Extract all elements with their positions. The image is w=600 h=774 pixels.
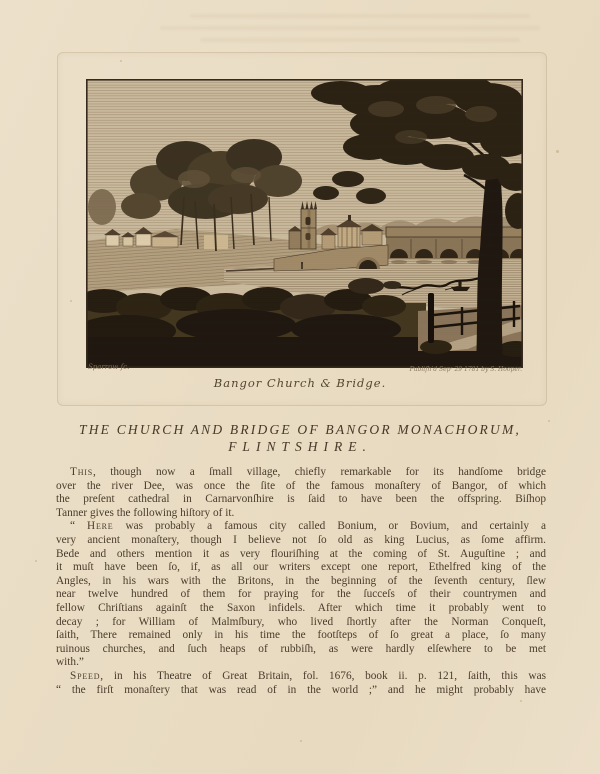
- text-line: fellow Chriſtians againſt the Saxon infi…: [56, 602, 546, 616]
- paper-speck: [520, 700, 522, 702]
- quote-mark: “: [70, 520, 87, 532]
- text-line: Tanner gives the following hiſtory of it…: [56, 507, 546, 521]
- engraving-texture: [86, 79, 523, 368]
- text-line: ruinous churches, and ſuch heaps of rubb…: [56, 643, 546, 657]
- text-run: , in his Theatre of Great Britain, fol. …: [100, 670, 546, 682]
- engraving-caption: Bangor Church & Bridge.: [0, 376, 600, 390]
- text-line: This, though now a ſmall village, chiefl…: [56, 466, 546, 480]
- text-line: “ the firſt monaſtery that was read of i…: [56, 684, 546, 698]
- paragraph-lead-word: Here: [87, 520, 113, 532]
- text-line: Angles, in his wars with the Britons, in…: [56, 575, 546, 589]
- paragraph-lead-word: This: [70, 466, 93, 478]
- page-showthrough: [200, 38, 520, 42]
- paper-speck: [556, 150, 559, 153]
- body-text: This, though now a ſmall village, chiefl…: [56, 466, 546, 697]
- engraving: [86, 79, 523, 368]
- paper-speck: [300, 740, 302, 742]
- text-line: it muſt have been ſo, if, as all our wri…: [56, 561, 546, 575]
- text-run: , though now a ſmall village, chiefly re…: [93, 466, 546, 478]
- text-line: with.”: [56, 656, 546, 670]
- text-line: near twelve hundred of them for praying …: [56, 588, 546, 602]
- text-line: over the river Dee, was once the ſite of…: [56, 480, 546, 494]
- text-line: ſaith, There remained only in his time t…: [56, 629, 546, 643]
- page-showthrough: [160, 26, 540, 30]
- publisher-imprint: Publiſh’d Sepʳ 29 1781 by S. Hooper.: [410, 366, 522, 373]
- text-run: was probably a famous city called Bonium…: [113, 520, 546, 532]
- engraver-credit: Sparrow ſc.: [88, 363, 129, 371]
- paragraph-lead-word: Speed: [70, 670, 100, 682]
- text-line: “ Here was probably a famous city called…: [56, 520, 546, 534]
- text-line: Bede and others mention it as very flour…: [56, 548, 546, 562]
- article-title: THE CHURCH AND BRIDGE OF BANGOR MONACHOR…: [0, 422, 600, 455]
- text-line: very ancient monaſtery, though I believe…: [56, 534, 546, 548]
- paragraph: This, though now a ſmall village, chiefl…: [56, 466, 546, 520]
- text-line: Speed, in his Theatre of Great Britain, …: [56, 670, 546, 684]
- title-line-1: THE CHURCH AND BRIDGE OF BANGOR MONACHOR…: [0, 422, 600, 439]
- text-line: the preſent cathedral in Carnarvonſhire …: [56, 493, 546, 507]
- title-line-2: FLINTSHIRE.: [0, 439, 600, 456]
- paragraph: Speed, in his Theatre of Great Britain, …: [56, 670, 546, 697]
- paragraph: “ Here was probably a famous city called…: [56, 520, 546, 670]
- paper-speck: [35, 560, 37, 562]
- text-line: decay ; for William of Malmſbury, who li…: [56, 616, 546, 630]
- page-showthrough: [190, 14, 530, 18]
